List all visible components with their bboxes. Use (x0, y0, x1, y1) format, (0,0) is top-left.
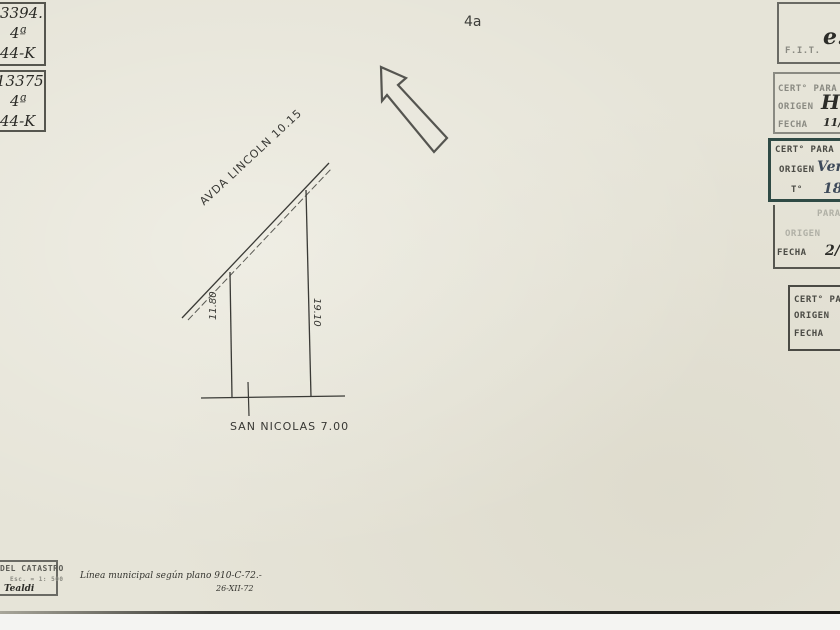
stamp-handwriting: Ho (821, 90, 840, 114)
stamp-3: CERT° PARA ORIGEN T° Ver 18 (768, 138, 840, 202)
north-arrow-icon (381, 67, 447, 152)
plot-plan-drawing (0, 0, 840, 614)
stamp-text: FECHA (777, 248, 807, 258)
stamp-text: CERT° PARA (794, 295, 840, 305)
stamp-handwriting: 18 (823, 181, 840, 197)
dimension-right: 19.10 (311, 298, 322, 327)
sheet-bottom-edge (0, 611, 840, 614)
catastro-title: DEL CATASTRO (0, 564, 64, 574)
stamp-handwriting: 2/ (825, 243, 840, 259)
stamp-text: ORIGEN (785, 229, 821, 239)
stamp-text: FECHA (794, 329, 824, 339)
catastro-signature: Tealdi (4, 584, 34, 594)
dimension-left: 11.80 (208, 291, 219, 320)
stamp-1: F.I.T. e. (777, 2, 840, 64)
stamp-text: T° (791, 185, 803, 195)
catastro-stamp: DEL CATASTRO Esc. = 1: 500 Tealdi (0, 560, 58, 596)
stamp-2: CERT° PARA ORIGEN FECHA Ho 11/ (773, 72, 840, 134)
stamp-5: CERT° PARA ORIGEN FECHA (788, 285, 840, 351)
note-date: 26-XII-72 (216, 584, 254, 593)
stamp-handwriting: 11/ (823, 116, 840, 129)
stamp-4: PARA ORIGEN FECHA 2/ (773, 205, 840, 269)
stamp-text: CERT° PARA (775, 145, 834, 155)
stamp-text: PARA (817, 209, 840, 219)
municipal-line-note: Línea municipal según plano 910-C-72.- (80, 571, 262, 581)
stamp-text: F.I.T. (785, 46, 821, 56)
stamp-text: ORIGEN (778, 102, 814, 112)
stamp-text: FECHA (778, 120, 808, 130)
stamp-handwriting: Ver (817, 159, 840, 175)
cadastral-sheet: 3394. 4ª 44-K 13375 4ª 44-K 4a AVDA LINC… (0, 0, 840, 614)
stamp-text: ORIGEN (794, 311, 830, 321)
stamp-text: ORIGEN (779, 165, 815, 175)
street-label: SAN NICOLAS 7.00 (230, 420, 349, 433)
stamp-handwriting: e. (823, 24, 840, 50)
